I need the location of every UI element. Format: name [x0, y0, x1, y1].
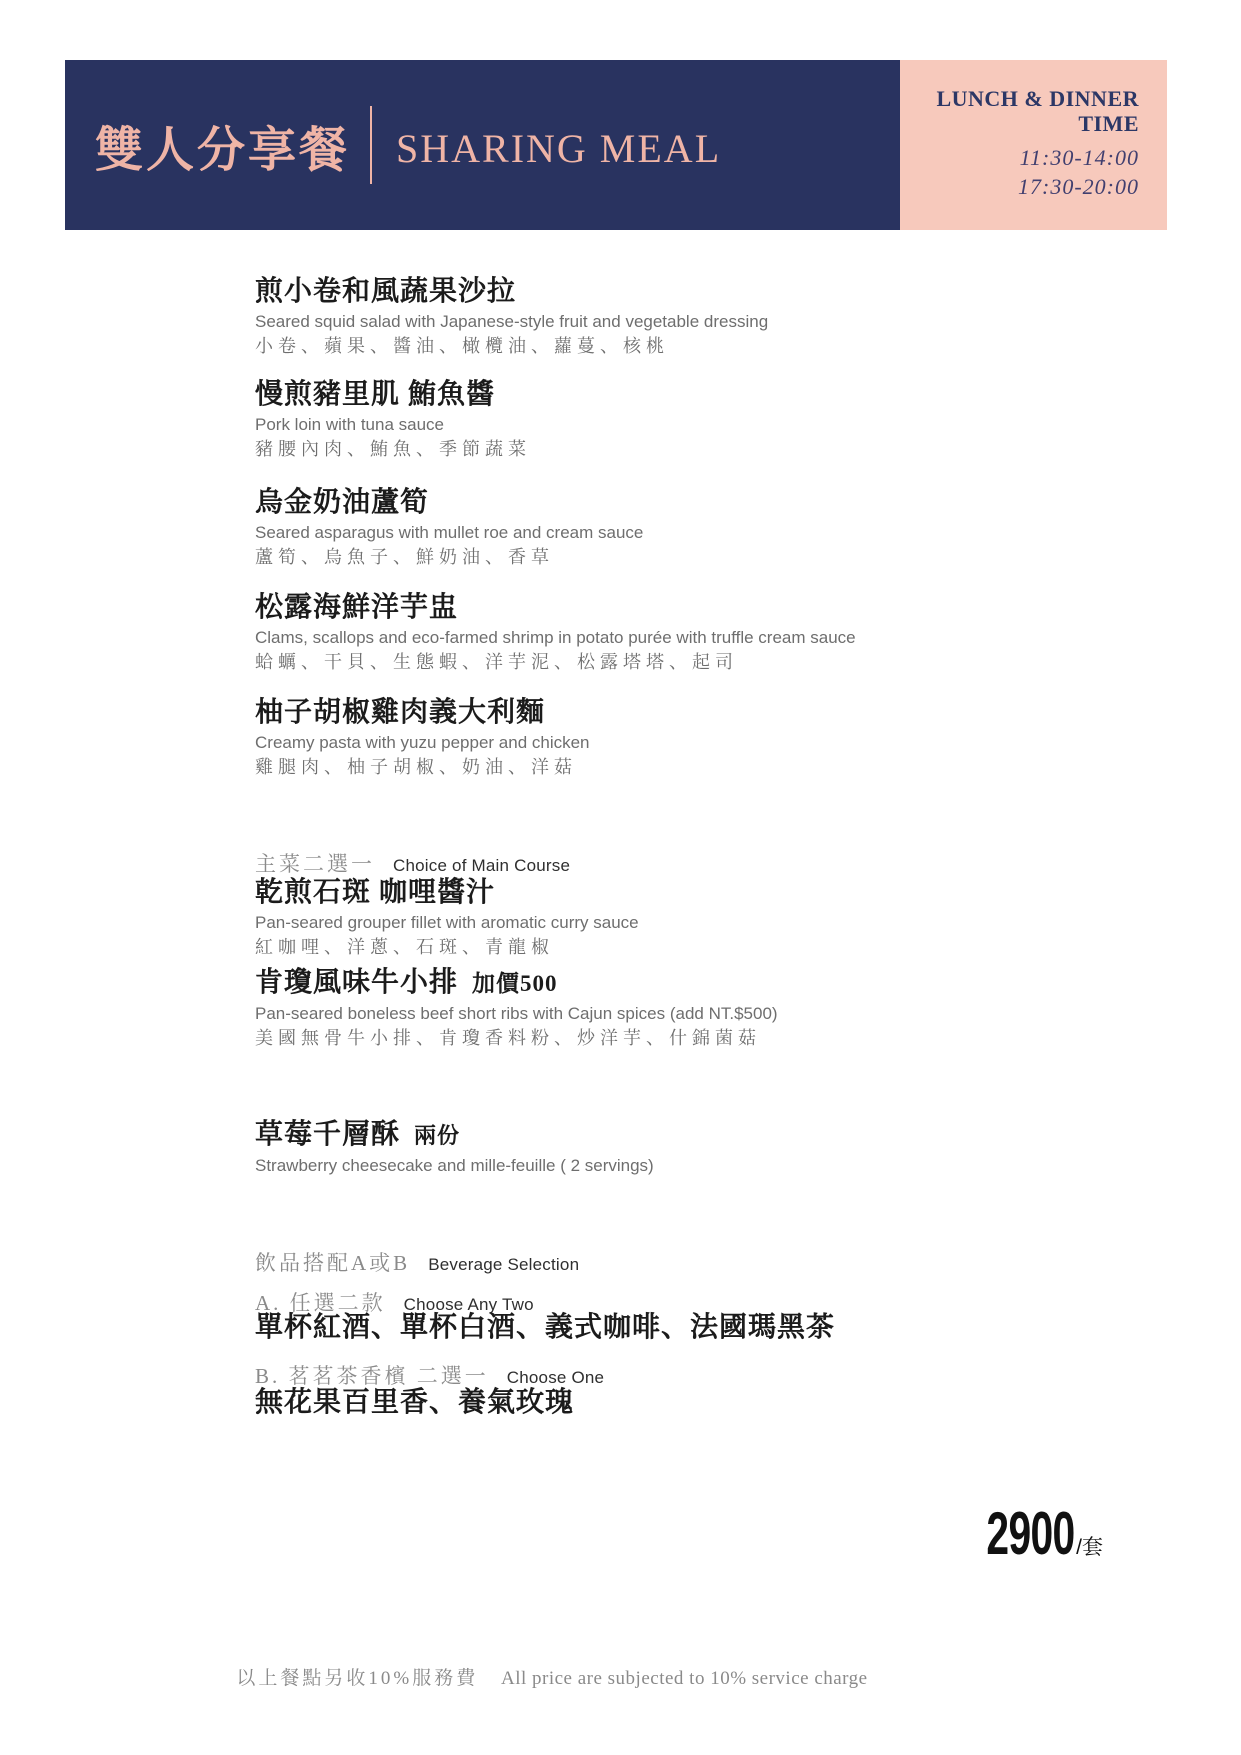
course-title: 烏金奶油蘆筍	[255, 487, 643, 519]
course-item: 慢煎豬里肌 鮪魚醬 Pork loin with tuna sauce 豬腰內肉…	[255, 379, 531, 462]
course-desc-en: Clams, scallops and eco-farmed shrimp in…	[255, 625, 856, 650]
section-label-zh: 飲品搭配A或B	[255, 1251, 410, 1275]
course-desc-en: Seared squid salad with Japanese-style f…	[255, 309, 768, 334]
section-label-en: Beverage Selection	[428, 1255, 579, 1274]
title-divider	[370, 106, 372, 184]
course-item: 烏金奶油蘆筍 Seared asparagus with mullet roe …	[255, 487, 643, 570]
section-label-zh: 主菜二選一	[255, 852, 375, 876]
course-ingredients-zh: 雞腿肉、柚子胡椒、奶油、洋菇	[255, 755, 590, 780]
set-price: 2900 /套	[945, 1505, 1103, 1563]
beverage-option-a-items: 單杯紅酒、單杯白酒、義式咖啡、法國瑪黑茶	[255, 1312, 835, 1344]
course-desc-en: Strawberry cheesecake and mille-feuille …	[255, 1153, 654, 1178]
course-ingredients-zh: 蛤蠣、干貝、生態蝦、洋芋泥、松露塔塔、起司	[255, 650, 856, 675]
course-title: 煎小卷和風蔬果沙拉	[255, 276, 768, 308]
service-time-box: LUNCH & DINNER TIME 11:30-14:00 17:30-20…	[900, 60, 1167, 230]
service-charge-note: 以上餐點另收10%服務費 All price are subjected to …	[0, 1663, 1104, 1690]
course-item: 松露海鮮洋芋盅 Clams, scallops and eco-farmed s…	[255, 592, 856, 675]
beverage-section-label: 飲品搭配A或B Beverage Selection	[255, 1250, 579, 1279]
course-desc-en: Pan-seared grouper fillet with aromatic …	[255, 910, 639, 935]
dinner-time: 17:30-20:00	[900, 172, 1139, 201]
time-box-label-line2: TIME	[900, 111, 1139, 136]
beverage-option-b-items: 無花果百里香、養氣玫瑰	[255, 1387, 574, 1419]
main-course-option: 乾煎石斑 咖哩醬汁 Pan-seared grouper fillet with…	[255, 877, 639, 960]
menu-title-zh: 雙人分享餐	[95, 111, 350, 180]
time-box-label-line1: LUNCH & DINNER	[900, 86, 1139, 111]
option-label-en: Choose One	[507, 1368, 604, 1387]
main-course-option: 肯瓊風味牛小排加價500 Pan-seared boneless beef sh…	[255, 967, 778, 1051]
header-banner: 雙人分享餐 SHARING MEAL	[65, 60, 900, 230]
servings-note: 兩份	[414, 1123, 460, 1148]
course-ingredients-zh: 紅咖哩、洋蔥、石斑、青龍椒	[255, 935, 639, 960]
course-desc-en: Seared asparagus with mullet roe and cre…	[255, 520, 643, 545]
course-title: 松露海鮮洋芋盅	[255, 592, 856, 624]
lunch-time: 11:30-14:00	[900, 143, 1139, 172]
course-title-text: 肯瓊風味牛小排	[255, 967, 458, 998]
menu-title-en: SHARING MEAL	[396, 125, 721, 172]
course-ingredients-zh: 豬腰內肉、鮪魚、季節蔬菜	[255, 437, 531, 462]
price-unit: /套	[1076, 1537, 1103, 1558]
course-ingredients-zh: 蘆筍、烏魚子、鮮奶油、香草	[255, 545, 643, 570]
course-title: 柚子胡椒雞肉義大利麵	[255, 697, 590, 729]
course-title: 肯瓊風味牛小排加價500	[255, 967, 778, 1000]
dessert-item: 草莓千層酥兩份 Strawberry cheesecake and mille-…	[255, 1119, 654, 1178]
option-label-zh: B. 茗茗茶香檳 二選一	[255, 1364, 489, 1388]
course-title-text: 草莓千層酥	[255, 1119, 400, 1150]
service-charge-note-en: All price are subjected to 10% service c…	[501, 1668, 868, 1689]
main-course-section-label: 主菜二選一 Choice of Main Course	[255, 851, 570, 880]
service-charge-note-zh: 以上餐點另收10%服務費	[236, 1668, 478, 1689]
course-item: 柚子胡椒雞肉義大利麵 Creamy pasta with yuzu pepper…	[255, 697, 590, 780]
course-title: 慢煎豬里肌 鮪魚醬	[255, 379, 531, 411]
course-ingredients-zh: 美國無骨牛小排、肯瓊香料粉、炒洋芋、什錦菌菇	[255, 1026, 778, 1051]
course-desc-en: Creamy pasta with yuzu pepper and chicke…	[255, 730, 590, 755]
course-desc-en: Pan-seared boneless beef short ribs with…	[255, 1001, 778, 1026]
course-item: 煎小卷和風蔬果沙拉 Seared squid salad with Japane…	[255, 276, 768, 359]
surcharge-note: 加價500	[472, 971, 558, 996]
menu-page: 雙人分享餐 SHARING MEAL LUNCH & DINNER TIME 1…	[0, 0, 1241, 1755]
course-title: 乾煎石斑 咖哩醬汁	[255, 877, 639, 909]
price-amount: 2900	[986, 1505, 1074, 1563]
course-ingredients-zh: 小卷、蘋果、醬油、橄欖油、蘿蔓、核桃	[255, 334, 768, 359]
section-label-en: Choice of Main Course	[393, 856, 570, 875]
course-title: 草莓千層酥兩份	[255, 1119, 654, 1152]
course-desc-en: Pork loin with tuna sauce	[255, 412, 531, 437]
